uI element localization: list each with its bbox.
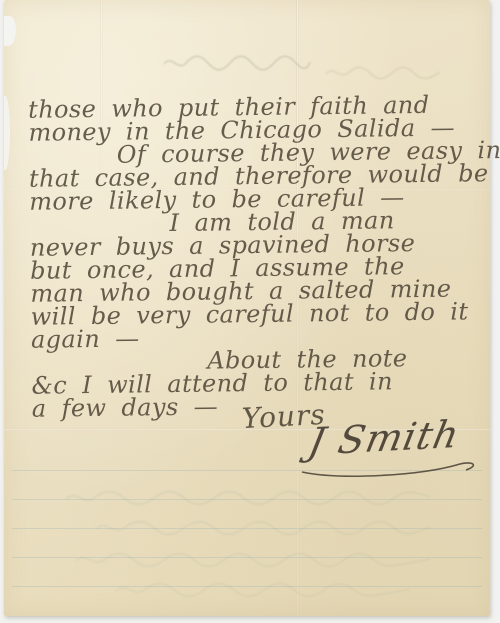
ink-bleedthrough [74, 548, 434, 570]
letter-paper: those who put their faith and money in t… [4, 0, 490, 616]
letter-body: those who put their faith and money in t… [28, 93, 484, 420]
ink-bleedthrough [64, 486, 434, 508]
ink-bleedthrough [324, 62, 444, 82]
paper-edge-chip [4, 16, 16, 46]
ink-bleedthrough [114, 578, 414, 600]
paper-edge-chip [4, 96, 10, 170]
letter-photo: those who put their faith and money in t… [0, 0, 500, 623]
letter-signature: J Smith [305, 412, 464, 464]
ink-bleedthrough [162, 50, 312, 74]
signature-flourish [300, 458, 486, 482]
ink-bleedthrough [94, 516, 434, 538]
